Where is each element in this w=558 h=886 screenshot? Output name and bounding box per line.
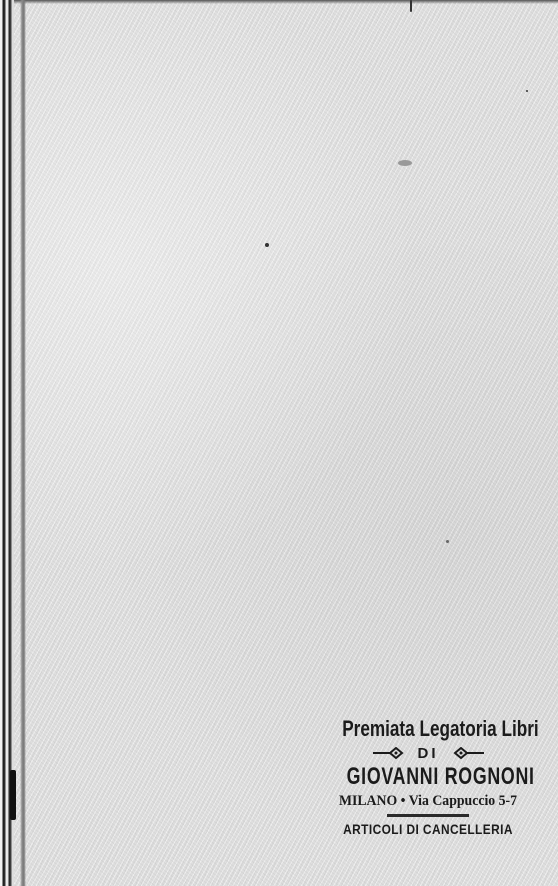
paper-speck: [446, 540, 449, 543]
stamp-di: DI: [418, 745, 439, 762]
bookbinder-stamp: Premiata Legatoria Libri DI GIOVANNI ROG…: [318, 716, 538, 839]
top-edge-shadow: [0, 0, 558, 4]
paper-stain: [398, 160, 412, 166]
stamp-subtitle: ARTICOLI DI CANCELLERIA: [335, 819, 522, 839]
stamp-address: MILANO • Via Cappuccio 5-7: [327, 790, 529, 812]
book-spine-edge: [0, 0, 14, 886]
paper-speck: [410, 0, 412, 12]
endpaper-page: Premiata Legatoria Libri DI GIOVANNI ROG…: [0, 0, 558, 886]
stamp-title: Premiata Legatoria Libri: [342, 716, 514, 742]
spine-ink-mark: [10, 770, 16, 820]
stamp-divider: [387, 814, 469, 817]
paper-speck: [526, 90, 528, 92]
ornament-left-icon: [372, 747, 408, 759]
stamp-di-row: DI: [318, 742, 538, 764]
stamp-name: GIOVANNI ROGNONI: [347, 764, 510, 790]
ornament-right-icon: [449, 747, 485, 759]
gutter-fold-line: [20, 0, 26, 886]
paper-speck: [265, 243, 269, 247]
